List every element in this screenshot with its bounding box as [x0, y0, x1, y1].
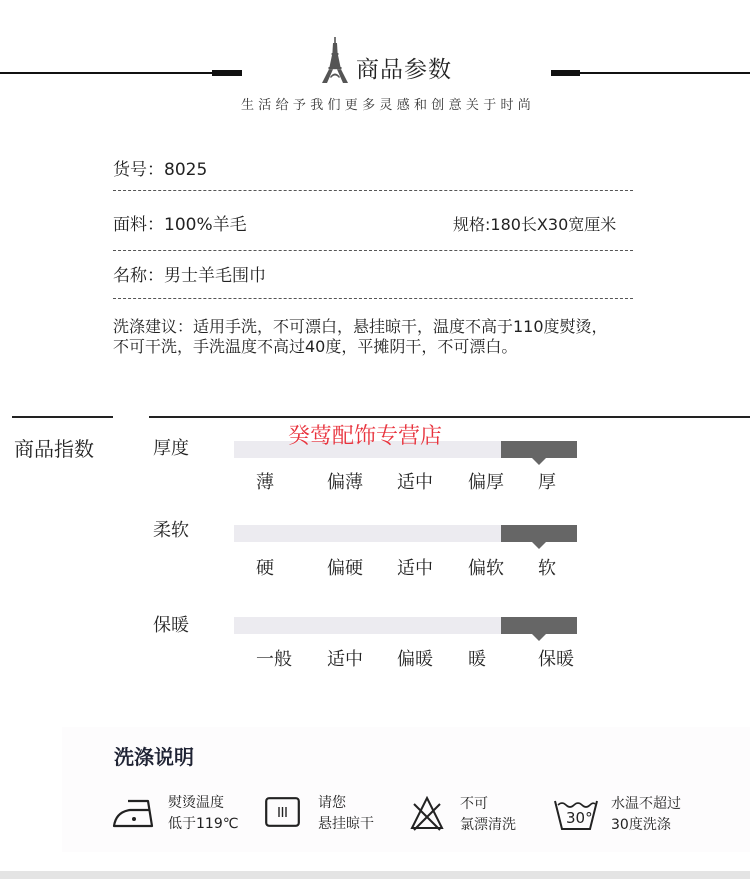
thickness-tick: 适中 [397, 471, 433, 495]
eiffel-tower-icon [321, 37, 349, 83]
hang-dry-text: 请您 悬挂晾干 [318, 793, 374, 835]
bottom-band [0, 871, 750, 879]
header-line-left [0, 72, 213, 74]
warmth-bar-fill [501, 617, 577, 634]
softness-pointer [532, 542, 546, 549]
header-bar-left [212, 70, 242, 76]
thickness-bar-fill [501, 441, 577, 458]
iron-text-line-2: 低于119℃ [168, 814, 238, 835]
softness-bar-fill [501, 525, 577, 542]
divider [113, 190, 633, 191]
wash-temp-text-line-2: 30度洗涤 [611, 815, 681, 836]
softness-tick-selected: 软 [538, 557, 556, 581]
header-bar-right [551, 70, 580, 76]
softness-tick: 硬 [256, 557, 274, 581]
wash-30-icon-label: 30° [566, 809, 593, 827]
hang-dry-text-line-1: 请您 [318, 793, 374, 814]
warmth-tick: 暖 [468, 648, 486, 672]
index-title: 商品指数 [14, 436, 94, 462]
wash-temp-text-line-1: 水温不超过 [611, 794, 681, 815]
item-number: 货号：8025 [113, 159, 207, 181]
section-title: 商品参数 [356, 55, 452, 85]
warmth-bar [234, 617, 577, 634]
thickness-tick: 偏厚 [468, 471, 504, 495]
section-subtitle: 生活给予我们更多灵感和创意关于时尚 [241, 97, 535, 115]
iron-text: 熨烫温度 低于119℃ [168, 793, 238, 835]
wash-advice-line-2: 不可干洗，手洗温度不高过40度，平摊阴干，不可漂白。 [113, 337, 713, 357]
no-bleach-icon [410, 796, 444, 832]
iron-text-line-1: 熨烫温度 [168, 793, 238, 814]
divider [113, 298, 633, 299]
product-name: 名称：男士羊毛围巾 [113, 265, 266, 287]
warmth-tick: 一般 [256, 648, 292, 672]
size: 规格:180长X30宽厘米 [453, 214, 616, 236]
index-divider-left [12, 416, 113, 418]
washing-title: 洗涤说明 [114, 744, 194, 770]
divider [113, 250, 633, 251]
warmth-tick: 偏暖 [397, 648, 433, 672]
warmth-label: 保暖 [153, 614, 189, 638]
thickness-pointer [532, 458, 546, 465]
hang-dry-text-line-2: 悬挂晾干 [318, 814, 374, 835]
index-divider-right [149, 416, 750, 418]
warmth-pointer [532, 634, 546, 641]
no-bleach-text: 不可 氯漂清洗 [460, 794, 516, 836]
material: 面料：100%羊毛 [113, 214, 247, 236]
softness-tick: 偏硬 [327, 557, 363, 581]
wash-30-icon: 30° [553, 797, 599, 831]
softness-label: 柔软 [153, 519, 189, 543]
iron-icon [112, 796, 154, 830]
thickness-tick: 偏薄 [327, 471, 363, 495]
wash-advice: 洗涤建议：适用手洗，不可漂白，悬挂晾干，温度不高于110度熨烫， 不可干洗，手洗… [113, 317, 713, 357]
hang-dry-icon [265, 797, 300, 827]
wash-temp-text: 水温不超过 30度洗涤 [611, 794, 681, 836]
warmth-tick-selected: 保暖 [538, 648, 574, 672]
softness-bar [234, 525, 577, 542]
softness-tick: 适中 [397, 557, 433, 581]
softness-tick: 偏软 [468, 557, 504, 581]
no-bleach-text-line-1: 不可 [460, 794, 516, 815]
thickness-label: 厚度 [153, 437, 189, 461]
thickness-tick: 薄 [256, 471, 274, 495]
warmth-tick: 适中 [327, 648, 363, 672]
thickness-tick-selected: 厚 [538, 471, 556, 495]
no-bleach-text-line-2: 氯漂清洗 [460, 815, 516, 836]
store-watermark: 癸莺配饰专营店 [288, 423, 442, 451]
wash-advice-line-1: 洗涤建议：适用手洗，不可漂白，悬挂晾干，温度不高于110度熨烫， [113, 317, 713, 337]
header-line-right [579, 72, 750, 74]
